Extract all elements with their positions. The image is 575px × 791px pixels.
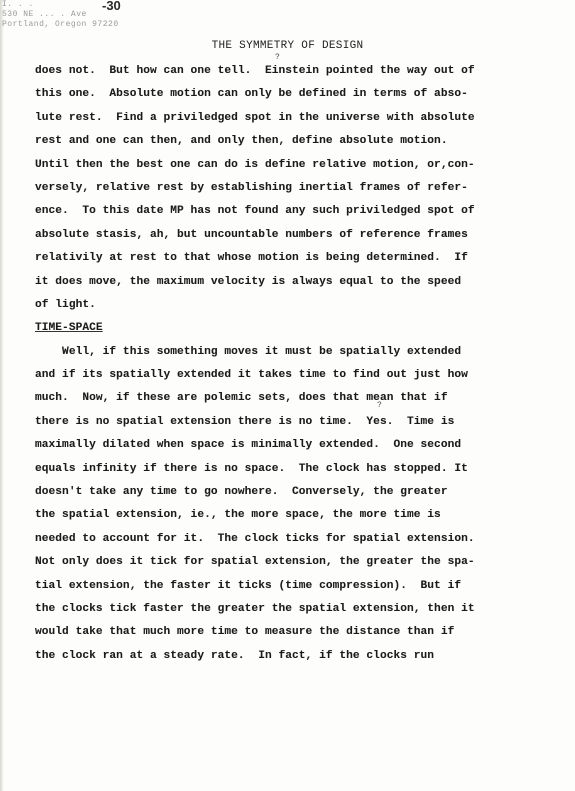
scan-edge bbox=[0, 0, 4, 791]
handwritten-question-mark: ? bbox=[275, 53, 280, 62]
text-line: lute rest. Find a priviledged spot in th… bbox=[35, 107, 555, 130]
text-line: maximally dilated when space is minimall… bbox=[35, 434, 555, 457]
text-line: equals infinity if there is no space. Th… bbox=[35, 458, 555, 481]
text-line: the spatial extension, ie., the more spa… bbox=[35, 504, 555, 527]
text-line: Not only does it tick for spatial extens… bbox=[35, 551, 555, 574]
text-line: does not. But how can one tell. Einstein… bbox=[35, 60, 555, 83]
text-line: tial extension, the faster it ticks (tim… bbox=[35, 575, 555, 598]
text-line: absolute stasis, ah, but uncountable num… bbox=[35, 224, 555, 247]
handwritten-question-mark: ? bbox=[377, 401, 382, 410]
page-number: -30 bbox=[102, 0, 121, 13]
text-line: the clocks tick faster the greater the s… bbox=[35, 598, 555, 621]
text-line: this one. Absolute motion can only be de… bbox=[35, 83, 555, 106]
text-line: needed to account for it. The clock tick… bbox=[35, 528, 555, 551]
text-line: of light. bbox=[35, 294, 555, 317]
text-line: rest and one can then, and only then, de… bbox=[35, 130, 555, 153]
text-line: it does move, the maximum velocity is al… bbox=[35, 271, 555, 294]
text-line: and if its spatially extended it takes t… bbox=[35, 364, 555, 387]
document-body: does not. But how can one tell. Einstein… bbox=[35, 60, 555, 668]
text-line: the clock ran at a steady rate. In fact,… bbox=[35, 645, 555, 668]
section-heading: TIME-SPACE bbox=[35, 322, 103, 334]
text-line: relativily at rest to that whose motion … bbox=[35, 247, 555, 270]
text-line: there is no spatial extension there is n… bbox=[35, 411, 555, 434]
text-line: would take that much more time to measur… bbox=[35, 621, 555, 644]
section-heading-row: TIME-SPACE bbox=[35, 317, 555, 340]
stamp-line: Portland, Oregon 97220 bbox=[2, 20, 119, 30]
text-line: doesn't take any time to go nowhere. Con… bbox=[35, 481, 555, 504]
document-title: THE SYMMETRY OF DESIGN bbox=[0, 40, 575, 52]
text-line: versely, relative rest by establishing i… bbox=[35, 177, 555, 200]
text-line: ence. To this date MP has not found any … bbox=[35, 200, 555, 223]
text-line: Well, if this something moves it must be… bbox=[35, 341, 555, 364]
text-line: much. Now, if these are polemic sets, do… bbox=[35, 387, 555, 410]
text-line: Until then the best one can do is define… bbox=[35, 154, 555, 177]
